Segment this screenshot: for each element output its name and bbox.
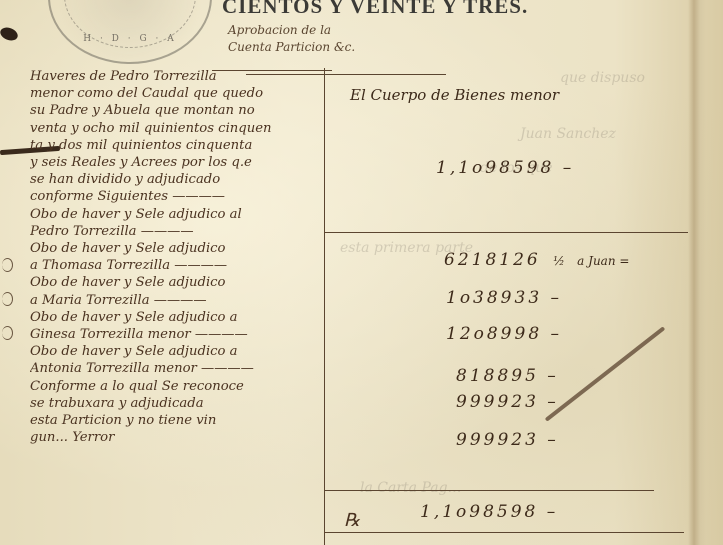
text-line: Pedro Torrezilla xyxy=(30,223,325,240)
text-line: conforme Siguientes xyxy=(30,188,325,205)
amount-row: 6218126 ½ a Juan = xyxy=(444,250,629,270)
amount-value: 6218126 xyxy=(444,250,541,270)
text-line: Obo de haver y Sele adjudico al xyxy=(30,206,325,223)
approval-line: Cuenta Particion &c. xyxy=(228,39,440,56)
text-line: esta Particion y no tiene vin xyxy=(30,412,325,429)
amount-row: 1o38933 – xyxy=(446,288,562,308)
margin-mark xyxy=(2,258,13,272)
text-line: venta y ocho mil quinientos cinquen xyxy=(30,120,325,137)
text-line: ta y dos mil quinientos cinquenta xyxy=(30,137,325,154)
stamped-paper-header: CIENTOS Y VEINTE Y TRES. xyxy=(222,0,528,19)
margin-mark xyxy=(2,292,13,306)
bleed-through-text: Juan Sanchez xyxy=(520,126,616,142)
text-line: gun... Yerror xyxy=(30,429,325,446)
approval-heading: Aprobacion de la Cuenta Particion &c. xyxy=(200,22,440,56)
bleed-through-text: la Carta Pag… xyxy=(360,480,462,496)
approval-line: Aprobacion de la xyxy=(228,22,440,39)
text-line: y seis Reales y Acrees por los q.e xyxy=(30,154,325,171)
text-line: Antonia Torrezilla menor xyxy=(30,360,325,377)
total-rule-top xyxy=(324,490,654,491)
total-rule-bottom xyxy=(324,532,684,533)
text-line: a Maria Torrezilla xyxy=(30,292,325,309)
estate-total-heading: El Cuerpo de Bienes menor xyxy=(350,86,559,104)
bleed-through-text: que dispuso xyxy=(560,70,645,86)
estate-total-amount: 1,1o98598 – xyxy=(436,158,574,178)
seal-text: H · D · G · A xyxy=(50,34,210,44)
rubric-flourish: ℞ xyxy=(344,510,360,531)
amount-row: 999923 – xyxy=(456,430,559,450)
page-fold-shadow xyxy=(688,0,706,545)
text-line: Ginesa Torrezilla menor xyxy=(30,326,325,343)
amount-note: a Juan = xyxy=(577,254,629,268)
text-line: Conforme a lo qual Se reconoce xyxy=(30,378,325,395)
text-line: Obo de haver y Sele adjudico a xyxy=(30,309,325,326)
margin-mark xyxy=(2,326,13,340)
amount-row: 818895 – xyxy=(456,366,559,386)
grand-total-amount: 1,1o98598 – xyxy=(420,502,558,522)
text-line: Obo de haver y Sele adjudico xyxy=(30,274,325,291)
text-line: se han dividido y adjudicado xyxy=(30,171,325,188)
amount-fraction: ½ xyxy=(553,254,565,268)
left-column-text: Haveres de Pedro Torrezilla menor como d… xyxy=(30,68,325,446)
section-rule xyxy=(324,232,688,233)
official-stamp-seal: H · D · G · A xyxy=(48,0,212,64)
text-line: a Thomasa Torrezilla xyxy=(30,257,325,274)
text-line: menor como del Caudal que quedo xyxy=(30,85,325,102)
amount-row: 999923 – xyxy=(456,392,559,412)
amount-row: 12o8998 – xyxy=(446,324,562,344)
text-line: se trabuxara y adjudicada xyxy=(30,395,325,412)
text-line: Obo de haver y Sele adjudico a xyxy=(30,343,325,360)
text-line: su Padre y Abuela que montan no xyxy=(30,102,325,119)
ink-blot xyxy=(0,25,20,42)
text-line: Obo de haver y Sele adjudico xyxy=(30,240,325,257)
text-line: Haveres de Pedro Torrezilla xyxy=(30,68,325,85)
ink-stroke xyxy=(545,326,666,422)
